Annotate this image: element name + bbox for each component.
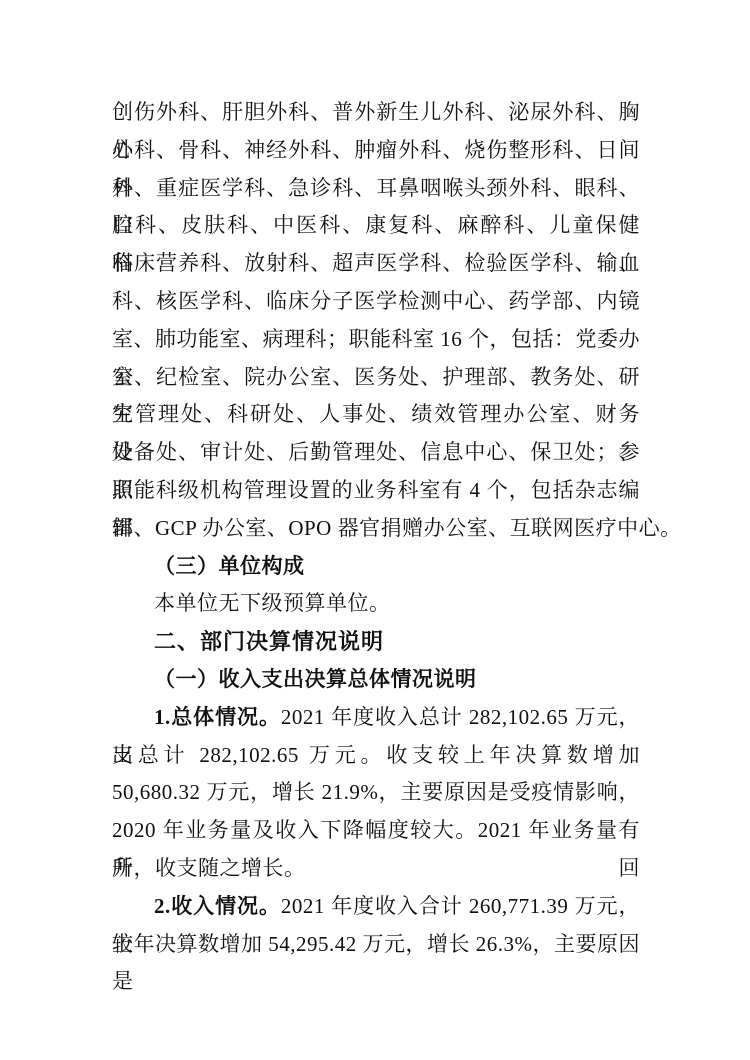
- document-page: 创伤外科、肝胆外科、普外新生儿外科、泌尿外科、胸心外科、骨科、神经外科、肿瘤外科…: [0, 0, 750, 1060]
- text-line: 设备处、审计处、后勤管理处、信息中心、保卫处；参照: [112, 434, 640, 472]
- text-line: 出总计 282,102.65 万元。收支较上年决算数增加: [112, 737, 640, 775]
- text-line: （三）单位构成: [112, 548, 640, 586]
- text-line: 本单位无下级预算单位。: [112, 585, 640, 623]
- text-line: 2.收入情况。2021 年度收入合计 260,771.39 万元，较: [112, 888, 640, 926]
- text-line: 腔科、皮肤科、中医科、康复科、麻醉科、儿童保健科、: [112, 207, 640, 245]
- text-line: （一）收入支出决算总体情况说明: [112, 661, 640, 699]
- text-line: 室、肺功能室、病理科；职能科室 16 个，包括：党委办公: [112, 321, 640, 359]
- text-line: 上年决算数增加 54,295.42 万元，增长 26.3%，主要原因是: [112, 926, 640, 964]
- text-line: 外科、骨科、神经外科、肿瘤外科、烧伤整形科、日间外: [112, 132, 640, 170]
- text-line: 室、纪检室、院办公室、医务处、护理部、教务处、研究: [112, 359, 640, 397]
- text-line: 2020 年业务量及收入下降幅度较大。2021 年业务量有所回: [112, 812, 640, 850]
- text-line: 科、核医学科、临床分子医学检测中心、药学部、内镜: [112, 283, 640, 321]
- text-line: 职能科级机构管理设置的业务科室有 4 个，包括杂志编辑: [112, 472, 640, 510]
- text-line: 创伤外科、肝胆外科、普外新生儿外科、泌尿外科、胸心: [112, 94, 640, 132]
- text-line: 50,680.32 万元，增长 21.9%，主要原因是受疫情影响，: [112, 774, 640, 812]
- text-line: 临床营养科、放射科、超声医学科、检验医学科、输血: [112, 245, 640, 283]
- bold-lead-in: 2.收入情况。: [154, 894, 281, 918]
- text-line: 二、部门决算情况说明: [112, 623, 640, 661]
- text-line: 部、GCP 办公室、OPO 器官捐赠办公室、互联网医疗中心。: [112, 510, 640, 548]
- text-line: 1.总体情况。2021 年度收入总计 282,102.65 万元，支: [112, 699, 640, 737]
- bold-lead-in: 1.总体情况。: [154, 705, 281, 729]
- text-line: 科、重症医学科、急诊科、耳鼻咽喉头颈外科、眼科、口: [112, 170, 640, 208]
- text-line: 生管理处、科研处、人事处、绩效管理办公室、财务处、: [112, 396, 640, 434]
- document-text-block: 创伤外科、肝胆外科、普外新生儿外科、泌尿外科、胸心外科、骨科、神经外科、肿瘤外科…: [112, 94, 640, 963]
